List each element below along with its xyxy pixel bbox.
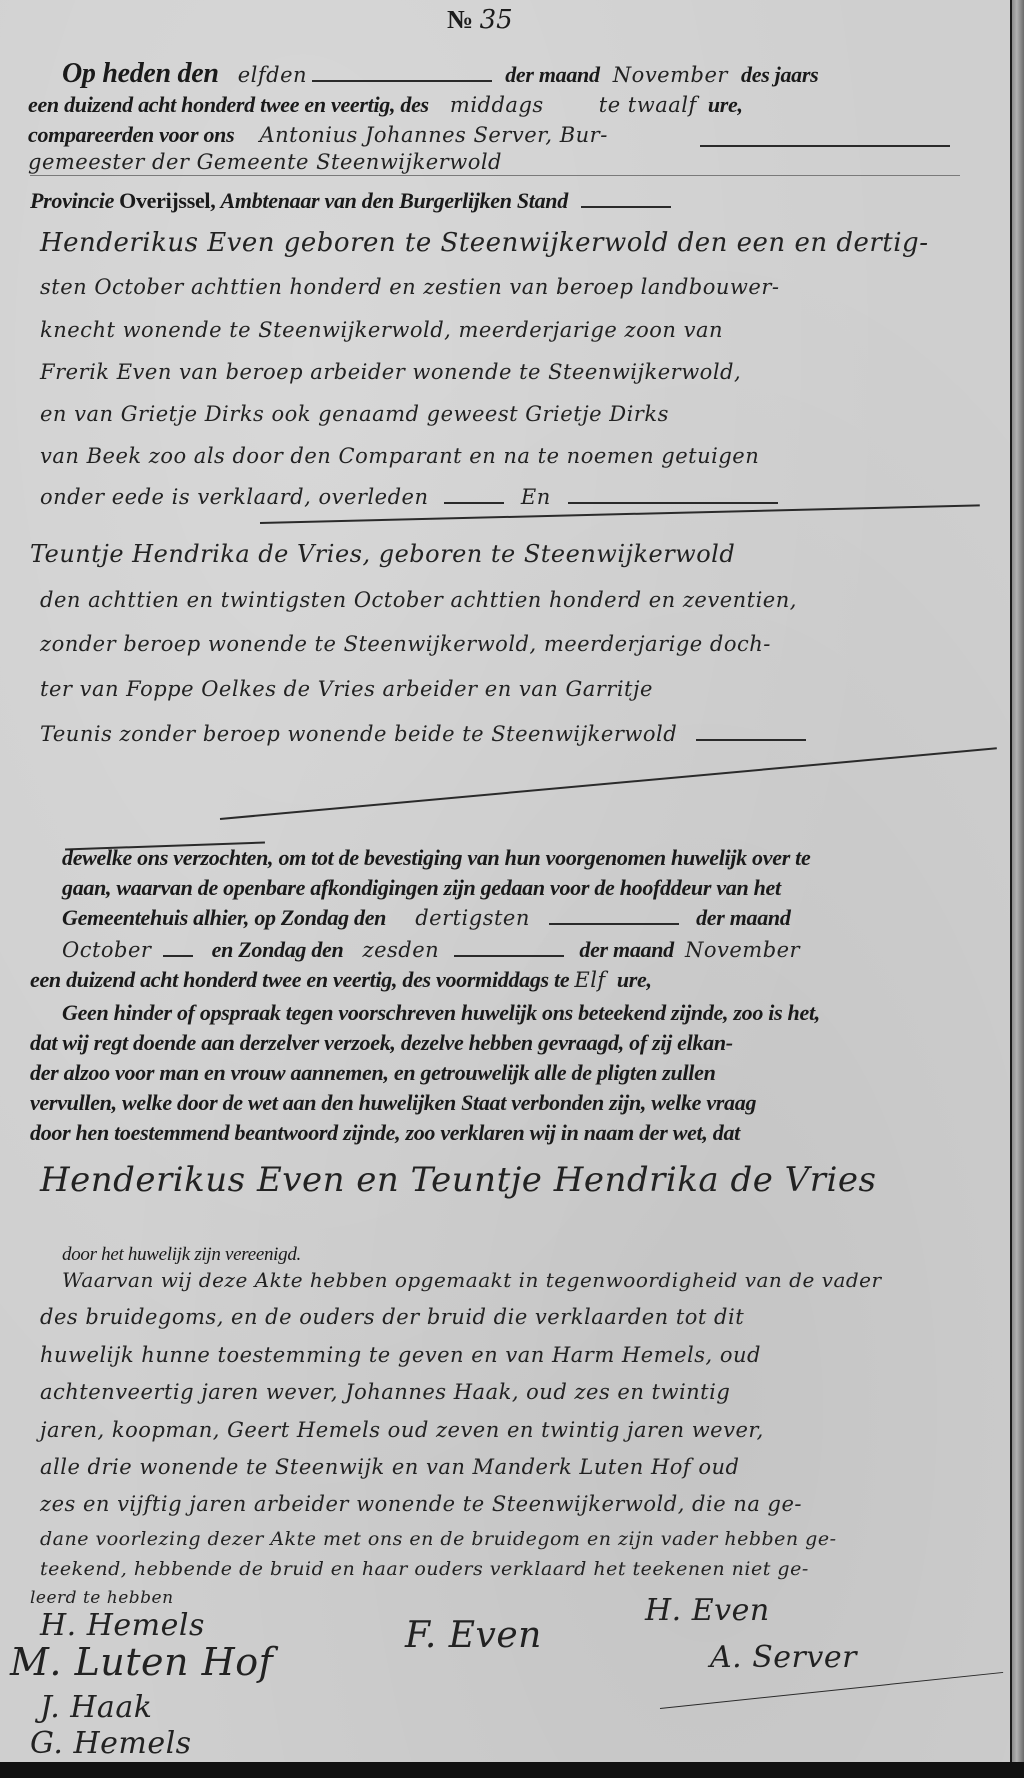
signature: J. Haak [40,1690,152,1725]
header-line-3: compareerden voor ons Antonius Johannes … [28,122,608,148]
number-label: № [447,5,473,34]
bride-line: ter van Foppe Oelkes de Vries arbeider e… [40,677,653,701]
bride-line: Teunis zonder beroep wonende beide te St… [40,722,806,746]
record-page: № 35 Op heden den elfden der maand Novem… [0,0,1010,1762]
signature: G. Hemels [30,1726,192,1761]
registrar-name: Antonius Johannes Server, Bur- [259,123,607,147]
groom-line: sten October achttien honderd en zestien… [40,275,779,299]
header-line-2: een duizend acht honderd twee en veertig… [28,92,743,118]
groom-line: en van Grietje Dirks ook genaamd geweest… [40,402,669,426]
groom-line: van Beek zoo als door den Comparant en n… [40,444,759,468]
number-value: 35 [480,5,513,35]
month-fill: November [613,63,728,87]
bride-line: zonder beroep wonende te Steenwijkerwold… [40,632,771,656]
signature: M. Luten Hof [10,1640,273,1684]
united-text: door het huwelijk zijn vereenigd. [62,1244,301,1266]
signature: H. Even [645,1593,770,1628]
page-edge [1012,0,1024,1778]
day-fill: elfden [238,63,307,87]
header-line-4: gemeester der Gemeente Steenwijkerwold [28,150,502,174]
groom-line: Henderikus Even geboren te Steenwijkerwo… [40,228,929,258]
groom-line: onder eede is verklaard, overleden En [40,485,778,509]
header-line-5: Provincie Overijssel, Ambtenaar van den … [30,188,671,214]
couple-names: Henderikus Even en Teuntje Hendrika de V… [40,1160,876,1200]
scan-border [0,1762,1024,1778]
signature: A. Server [710,1640,857,1675]
bride-line: Teuntje Hendrika de Vries, geboren te St… [30,540,735,568]
record-number: № 35 [447,5,513,35]
groom-line: Frerik Even van beroep arbeider wonende … [40,360,741,384]
signature: H. Hemels [40,1608,205,1643]
connector: En [521,485,551,509]
signature: F. Even [405,1615,542,1656]
groom-line: knecht wonende te Steenwijkerwold, meerd… [40,318,723,342]
bride-line: den achttien en twintigsten October acht… [40,588,797,612]
header-line-1: Op heden den elfden der maand November d… [62,58,818,90]
province: Overijssel, [119,188,215,213]
